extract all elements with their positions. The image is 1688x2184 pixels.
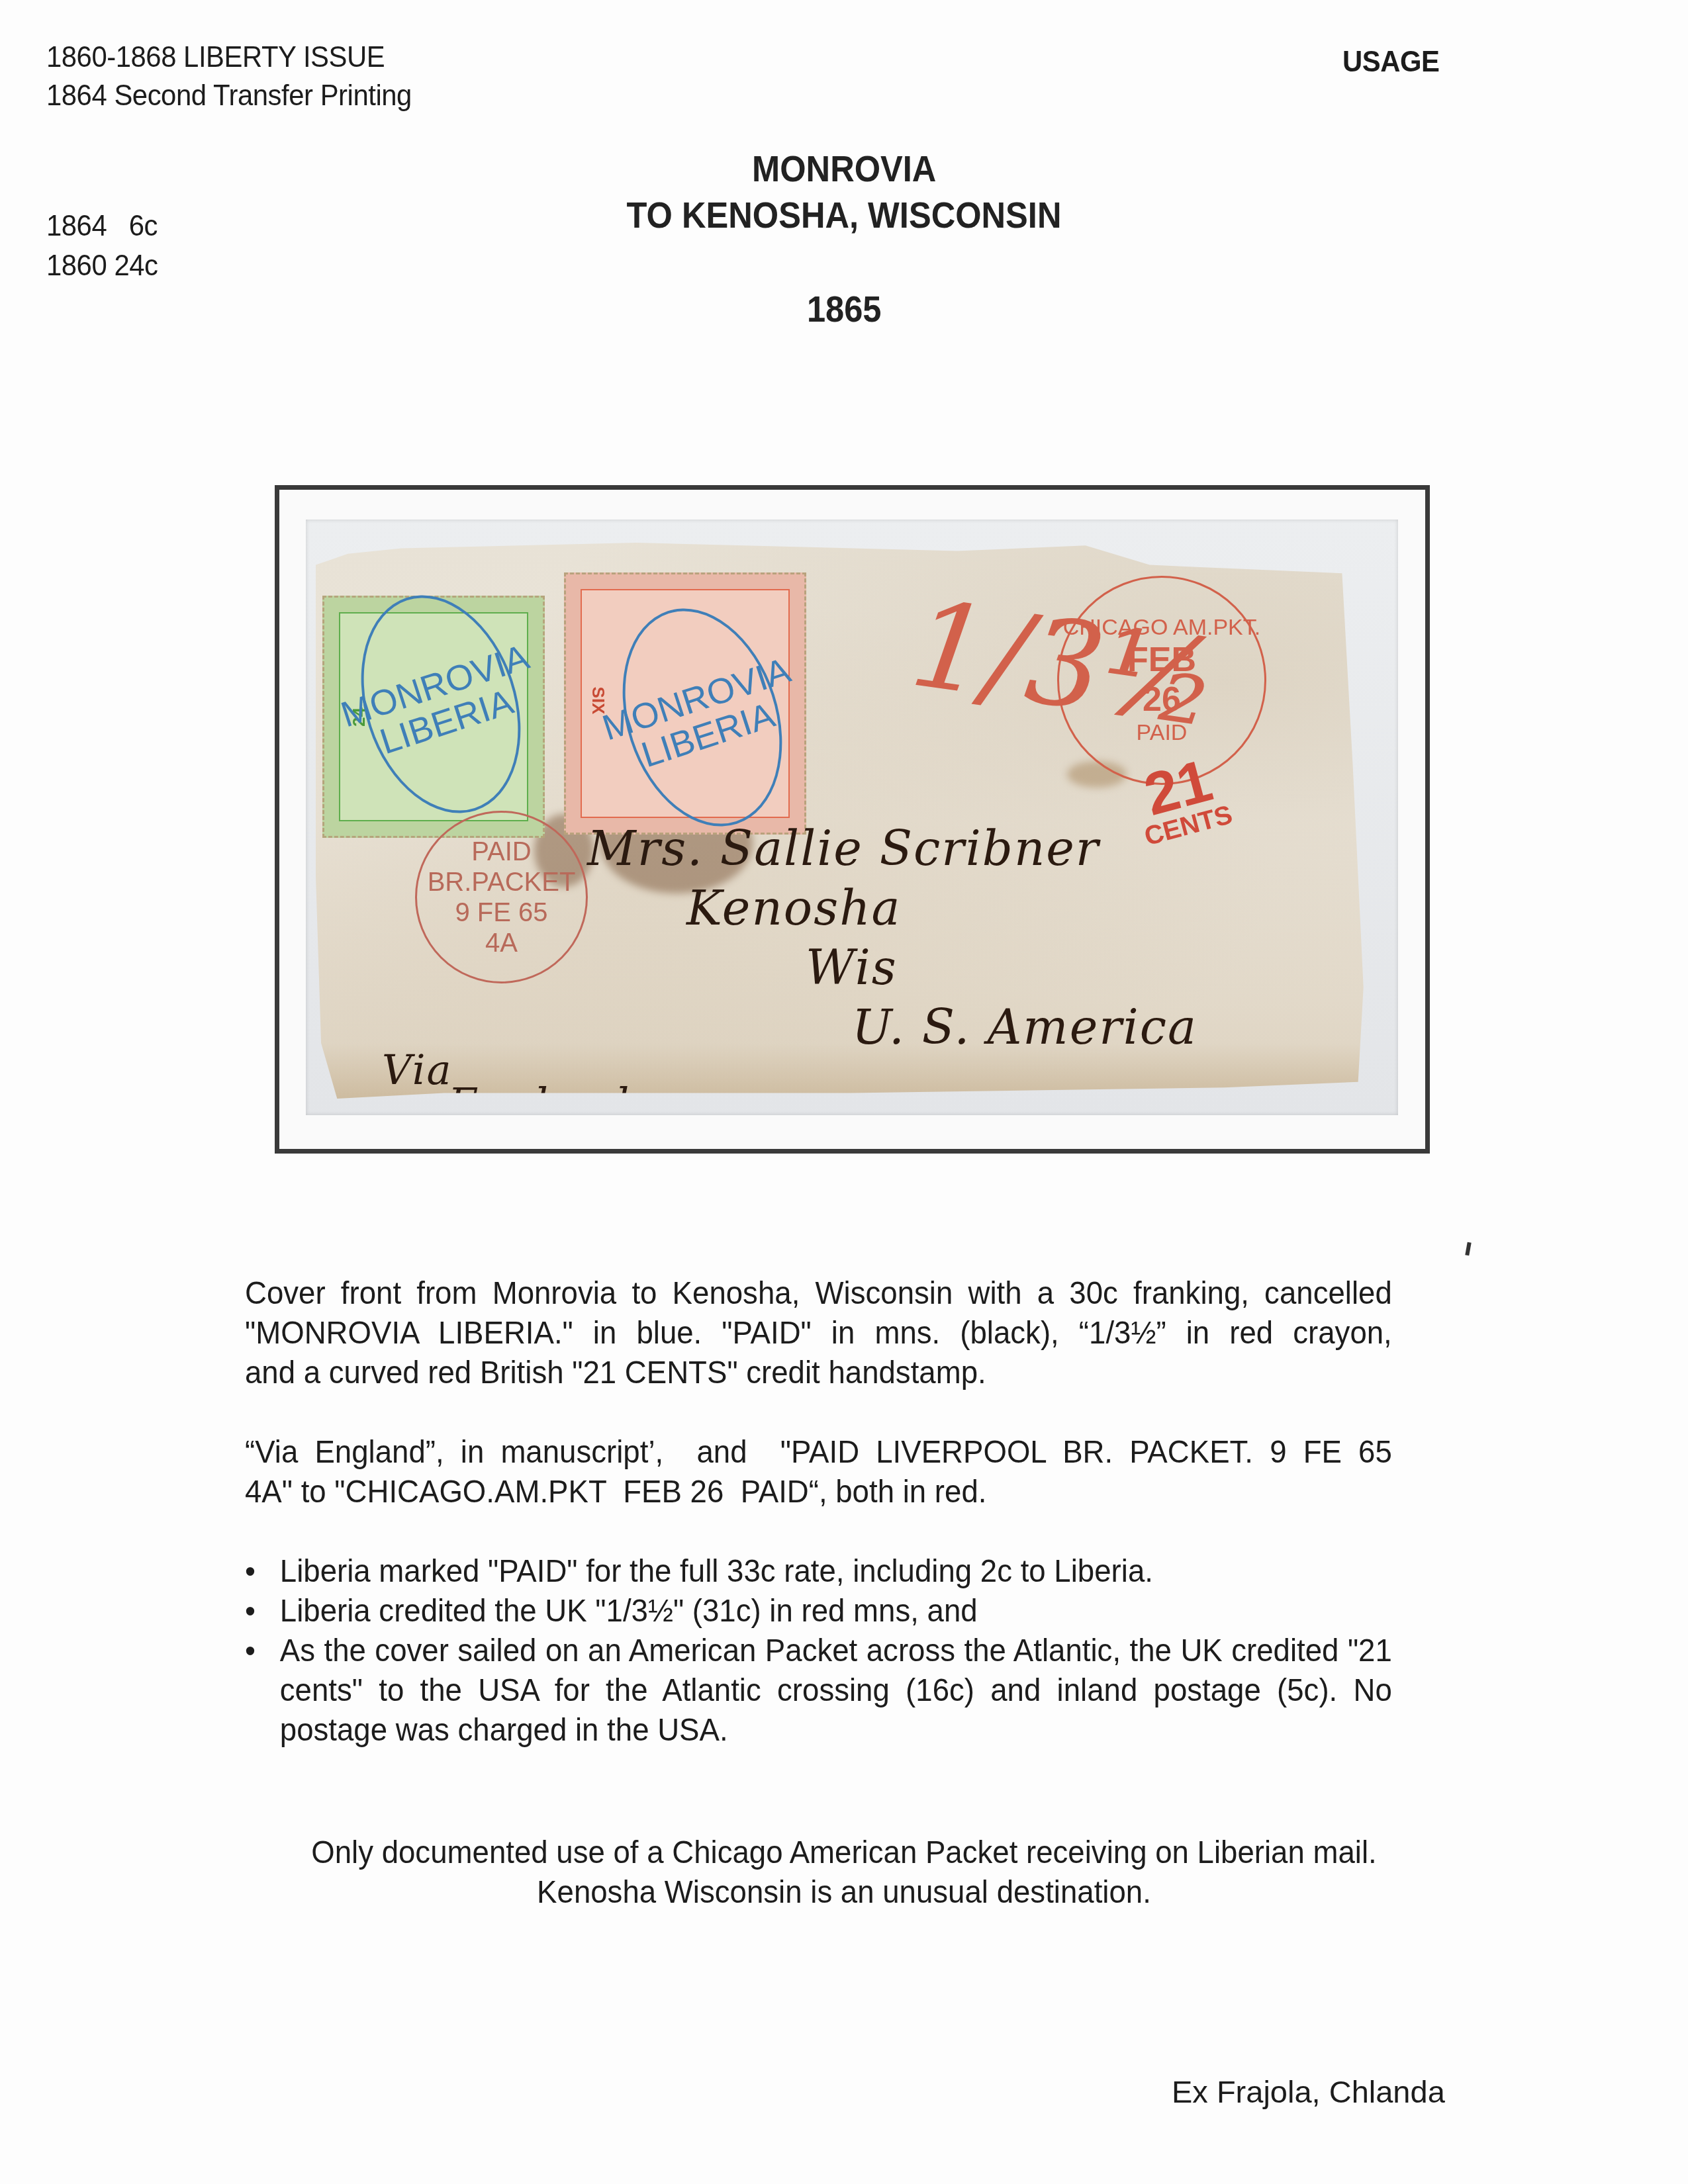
title-destination: TO KENOSHA, WISCONSIN — [0, 197, 1688, 234]
list-item: Liberia credited the UK "1/3½" (31c) in … — [245, 1592, 1392, 1631]
list-item: Liberia marked "PAID" for the full 33c r… — [245, 1552, 1392, 1592]
liverpool-packet-postmark: PAID BR.PACKET 9 FE 65 4A — [415, 811, 588, 983]
chicago-packet-postmark: CHICAGO AM.PKT. FEB 26 PAID — [1057, 576, 1266, 785]
provenance-credit: Ex Frajola, Chlanda — [1172, 2076, 1445, 2107]
address-line-4: U. S. America — [852, 999, 1197, 1055]
issue-heading: 1860-1868 LIBERTY ISSUE — [46, 42, 385, 71]
title-origin: MONROVIA — [0, 151, 1688, 187]
routing-line-1: Via — [382, 1046, 452, 1094]
closing-line-1: Only documented use of a Chicago America… — [34, 1833, 1654, 1873]
cover-front: 24 SIX MONROVIALIBERIA MONROVIALIBERIA P… — [316, 543, 1385, 1099]
description-paragraph-1: Cover front from Monrovia to Kenosha, Wi… — [245, 1274, 1392, 1393]
section-label: USAGE — [1342, 46, 1440, 76]
rate-explanation-list: Liberia marked "PAID" for the full 33c r… — [245, 1552, 1392, 1751]
address-line-3: Wis — [806, 940, 898, 995]
closing-line-2: Kenosha Wisconsin is an unusual destinat… — [34, 1873, 1654, 1913]
stamp-list-item: 1860 24c — [46, 250, 158, 280]
address-line-2: Kenosha — [686, 880, 901, 936]
title-year: 1865 — [0, 291, 1688, 328]
credit-21-cents-handstamp: 21 CENTS — [1128, 751, 1235, 848]
printing-subheading: 1864 Second Transfer Printing — [46, 80, 412, 110]
cover-image-frame: 24 SIX MONROVIALIBERIA MONROVIALIBERIA P… — [275, 485, 1430, 1154]
description-paragraph-2: “Via England”, in manuscript’, and "PAID… — [245, 1433, 1392, 1512]
address-line-1: Mrs. Sallie Scribner — [587, 821, 1100, 876]
list-item: As the cover sailed on an American Packe… — [245, 1631, 1392, 1751]
closing-note: Only documented use of a Chicago America… — [0, 1833, 1688, 1913]
scan-speck — [1465, 1242, 1471, 1256]
